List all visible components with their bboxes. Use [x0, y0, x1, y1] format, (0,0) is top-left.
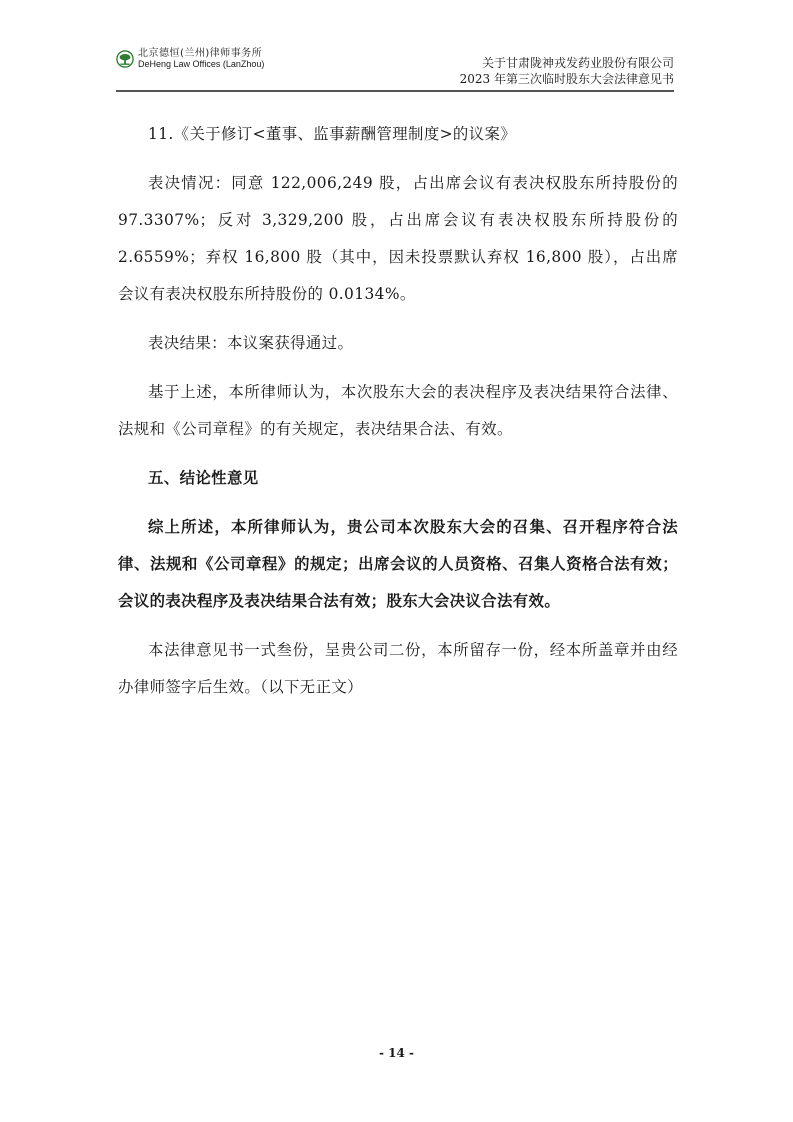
page-number: - 14 -: [0, 1046, 793, 1060]
document-title-line2: 2023 年第三次临时股东大会法律意见书: [460, 71, 674, 87]
section-heading: 五、结论性意见: [118, 460, 678, 497]
firm-emblem-icon: [116, 50, 134, 68]
document-body: 11.《关于修订<董事、监事薪酬管理制度>的议案》 表决情况：同意 122,00…: [118, 116, 678, 706]
document-title-line1: 关于甘肃陇神戎发药业股份有限公司: [460, 55, 674, 71]
header-divider: [116, 90, 674, 92]
summary-paragraph: 基于上述，本所律师认为，本次股东大会的表决程序及表决结果符合法律、法规和《公司章…: [118, 374, 678, 448]
conclusion-paragraph: 综上所述，本所律师认为，贵公司本次股东大会的召集、召开程序符合法律、法规和《公司…: [118, 509, 678, 620]
vote-result: 表决结果：本议案获得通过。: [118, 325, 678, 362]
firm-logo: 北京德恒(兰州)律师事务所 DeHeng Law Offices (LanZho…: [116, 48, 264, 70]
firm-name-cn: 北京德恒(兰州)律师事务所: [138, 48, 264, 59]
closing-paragraph: 本法律意见书一式叁份，呈贵公司二份，本所留存一份，经本所盖章并由经办律师签字后生…: [118, 632, 678, 706]
firm-name-en: DeHeng Law Offices (LanZhou): [138, 59, 264, 70]
vote-status: 表决情况：同意 122,006,249 股，占出席会议有表决权股东所持股份的 9…: [118, 165, 678, 313]
item-title: 11.《关于修订<董事、监事薪酬管理制度>的议案》: [118, 116, 678, 153]
document-title: 关于甘肃陇神戎发药业股份有限公司 2023 年第三次临时股东大会法律意见书: [460, 55, 674, 87]
page-header: 北京德恒(兰州)律师事务所 DeHeng Law Offices (LanZho…: [116, 44, 674, 94]
